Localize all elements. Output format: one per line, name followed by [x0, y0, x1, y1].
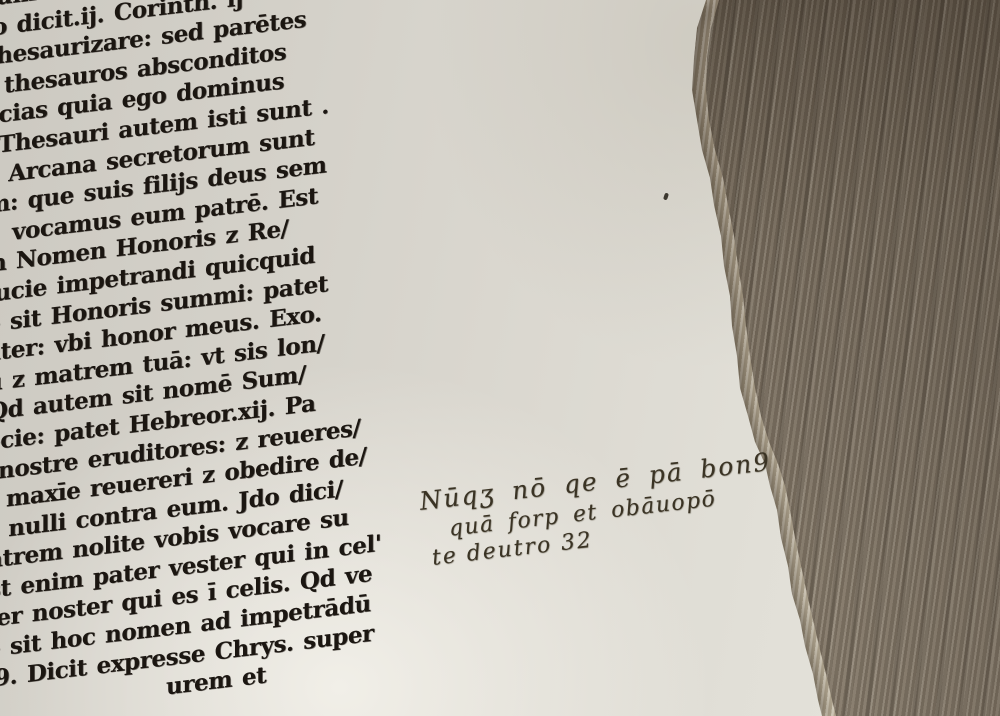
printed-text-column: um i9 o dicit.ij. Corinth. ij thesauriza… [0, 0, 606, 716]
